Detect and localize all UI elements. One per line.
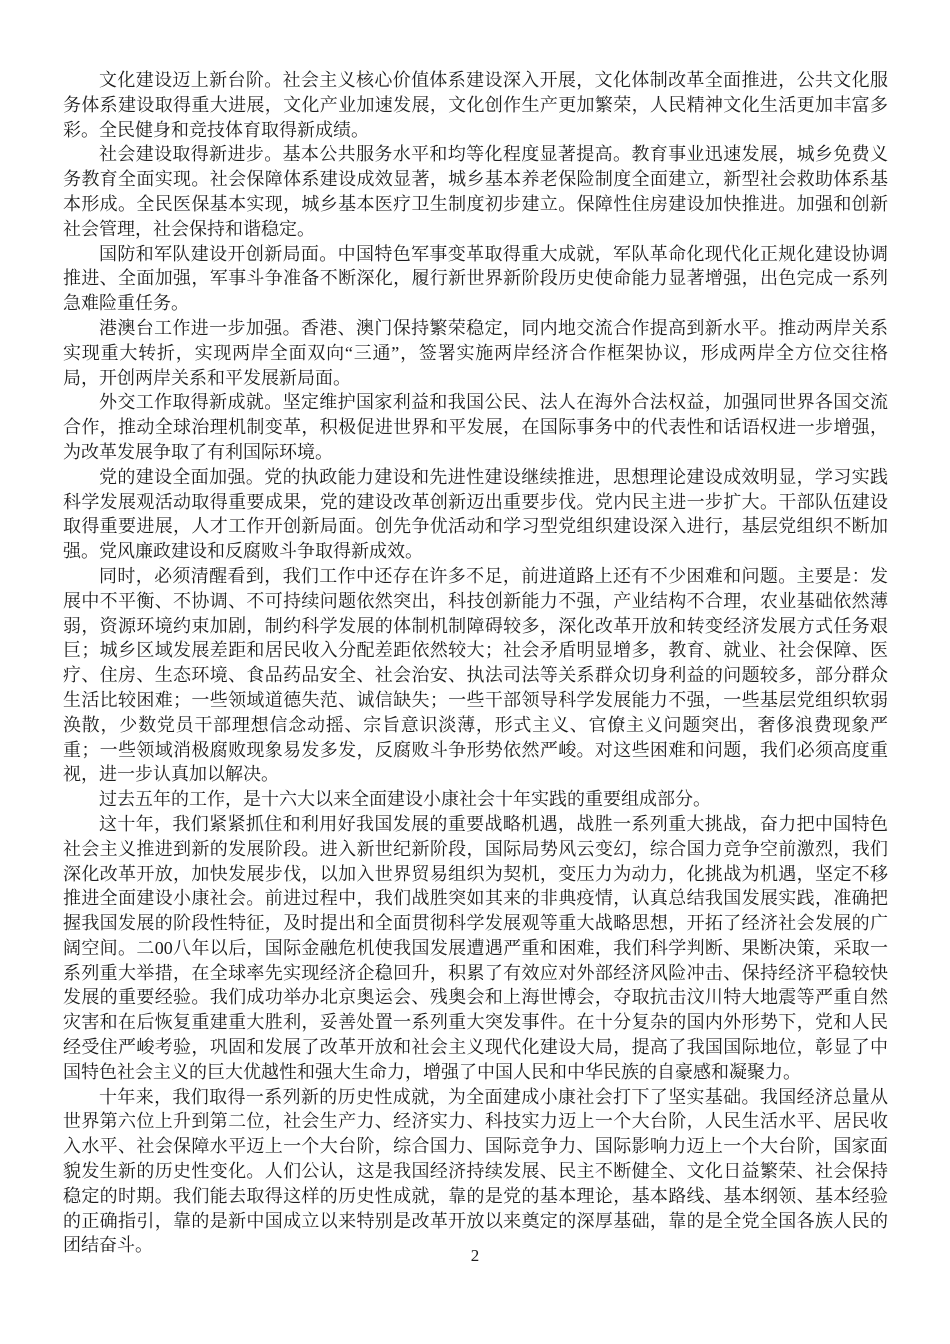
paragraph: 社会建设取得新进步。基本公共服务水平和均等化程度显著提高。教育事业迅速发展，城乡… [63, 142, 888, 241]
document-page: 文化建设迈上新台阶。社会主义核心价值体系建设深入开展，文化体制改革全面推进，公共… [0, 0, 950, 1344]
paragraph: 港澳台工作进一步加强。香港、澳门保持繁荣稳定，同内地交流合作提高到新水平。推动两… [63, 316, 888, 390]
page-number: 2 [0, 1246, 950, 1266]
paragraph: 党的建设全面加强。党的执政能力建设和先进性建设继续推进，思想理论建设成效明显，学… [63, 465, 888, 564]
paragraph: 过去五年的工作，是十六大以来全面建设小康社会十年实践的重要组成部分。 [63, 787, 888, 812]
paragraph: 这十年，我们紧紧抓住和利用好我国发展的重要战略机遇，战胜一系列重大挑战，奋力把中… [63, 812, 888, 1085]
paragraph: 外交工作取得新成就。坚定维护国家利益和我国公民、法人在海外合法权益，加强同世界各… [63, 390, 888, 464]
paragraph: 十年来，我们取得一系列新的历史性成就，为全面建成小康社会打下了坚实基础。我国经济… [63, 1085, 888, 1259]
paragraph: 同时，必须清醒看到，我们工作中还存在许多不足，前进道路上还有不少困难和问题。主要… [63, 564, 888, 787]
document-body: 文化建设迈上新台阶。社会主义核心价值体系建设深入开展，文化体制改革全面推进，公共… [63, 68, 888, 1258]
paragraph: 国防和军队建设开创新局面。中国特色军事变革取得重大成就，军队革命化现代化正规化建… [63, 242, 888, 316]
paragraph: 文化建设迈上新台阶。社会主义核心价值体系建设深入开展，文化体制改革全面推进，公共… [63, 68, 888, 142]
